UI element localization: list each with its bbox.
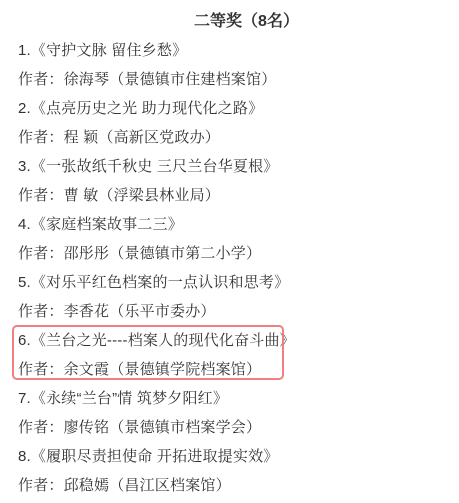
award-list-page: 二等奖（8名） 1.《守护文脉 留住乡愁》 作者：徐海琴（景德镇市住建档案馆） …: [0, 0, 459, 500]
entry-4-title: 4.《家庭档案故事二三》: [0, 210, 459, 239]
entry-1-title: 1.《守护文脉 留住乡愁》: [0, 36, 459, 65]
entry-3-title: 3.《一张故纸千秋史 三尺兰台华夏根》: [0, 152, 459, 181]
entry-8-author: 作者：邱稳嫣（昌江区档案馆）: [0, 471, 459, 500]
entry-4-author: 作者：邵彤彤（景德镇市第二小学）: [0, 239, 459, 268]
entry-8-title: 8.《履职尽责担使命 开拓进取提实效》: [0, 442, 459, 471]
entry-7-author: 作者：廖传铭（景德镇市档案学会）: [0, 413, 459, 442]
entry-2-author: 作者：程 颖（高新区党政办）: [0, 123, 459, 152]
entry-3-author: 作者：曹 敏（浮梁县林业局）: [0, 181, 459, 210]
entry-6-author: 作者：余文霞（景德镇学院档案馆）: [0, 355, 459, 384]
entry-1-author: 作者：徐海琴（景德镇市住建档案馆）: [0, 65, 459, 94]
entry-6-title: 6.《兰台之光----档案人的现代化奋斗曲》: [0, 326, 459, 355]
entry-5-author: 作者：李香花（乐平市委办）: [0, 297, 459, 326]
entry-7-title: 7.《永续“兰台”情 筑梦夕阳红》: [0, 384, 459, 413]
entry-5-title: 5.《对乐平红色档案的一点认识和思考》: [0, 268, 459, 297]
entry-2-title: 2.《点亮历史之光 助力现代化之路》: [0, 94, 459, 123]
page-title: 二等奖（8名）: [0, 7, 459, 36]
